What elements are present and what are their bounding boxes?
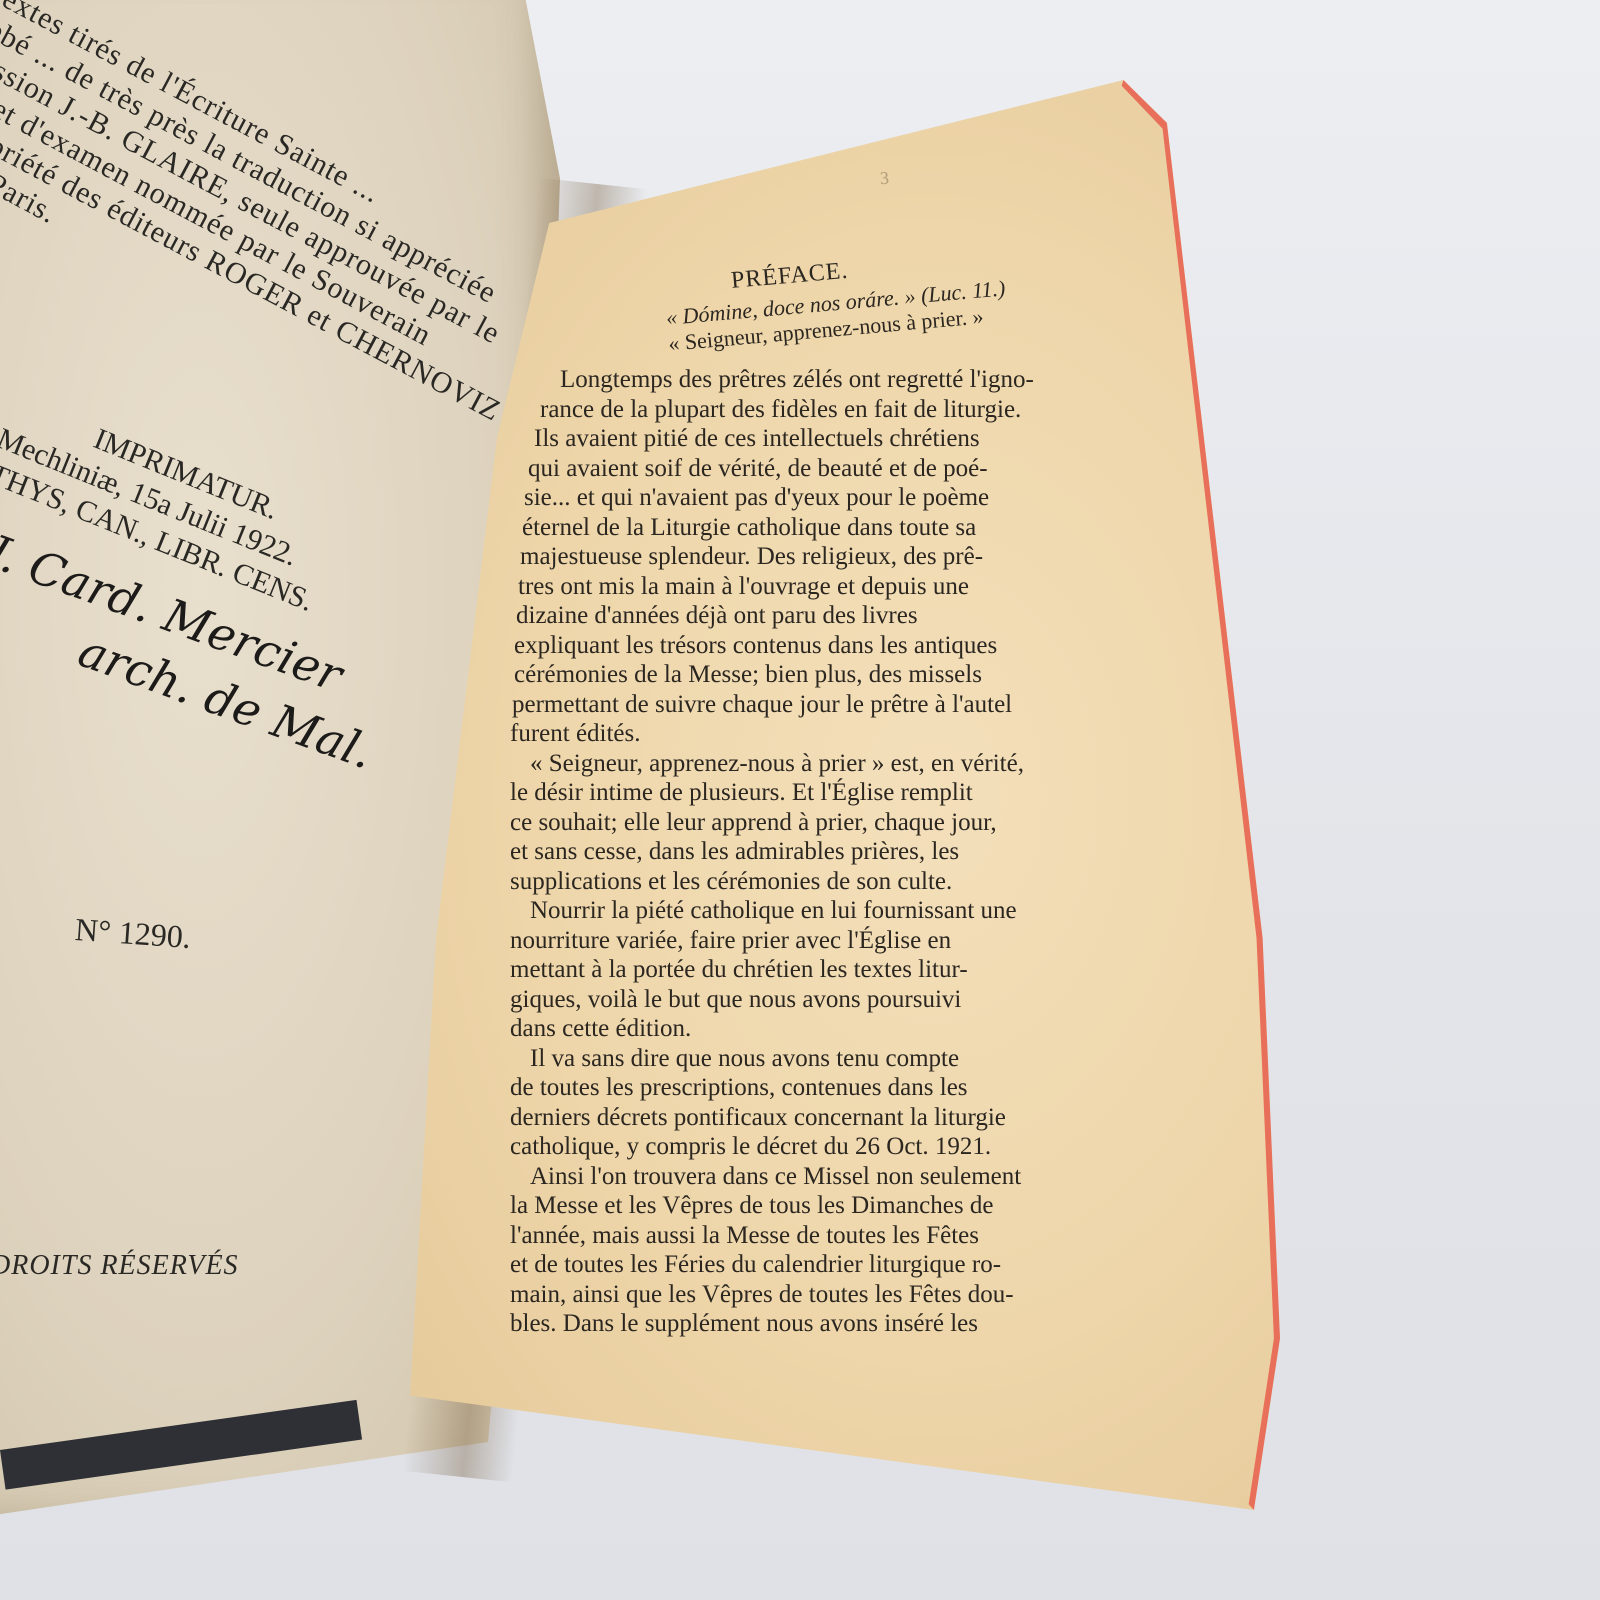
- body-line: Longtemps des prêtres zélés ont regretté…: [510, 365, 1120, 395]
- body-line: et sans cesse, dans les admirables prièr…: [510, 837, 1120, 867]
- body-line: catholique, y compris le décret du 26 Oc…: [510, 1132, 1120, 1162]
- body-line: le désir intime de plusieurs. Et l'Églis…: [510, 778, 1120, 808]
- body-line: Il va sans dire que nous avons tenu comp…: [510, 1044, 1120, 1074]
- body-line: Ainsi l'on trouvera dans ce Missel non s…: [510, 1162, 1120, 1192]
- body-line: mettant à la portée du chrétien les text…: [510, 955, 1120, 985]
- body-line: la Messe et les Vêpres de tous les Diman…: [510, 1191, 1120, 1221]
- body-line: sie... et qui n'avaient pas d'yeux pour …: [510, 483, 1120, 513]
- body-line: « Seigneur, apprenez-nous à prier » est,…: [510, 749, 1120, 779]
- body-line: cérémonies de la Messe; bien plus, des m…: [510, 660, 1120, 690]
- body-line: furent édités.: [510, 719, 1120, 749]
- body-line: l'année, mais aussi la Messe de toutes l…: [510, 1221, 1120, 1251]
- body-line: dizaine d'années déjà ont paru des livre…: [510, 601, 1120, 631]
- rights-reserved: DROITS RÉSERVÉS: [0, 1250, 239, 1282]
- body-line: ce souhait; elle leur apprend à prier, c…: [510, 808, 1120, 838]
- body-line: majestueuse splendeur. Des religieux, de…: [510, 542, 1120, 572]
- body-line: et de toutes les Féries du calendrier li…: [510, 1250, 1120, 1280]
- body-line: rance de la plupart des fidèles en fait …: [510, 395, 1120, 425]
- book-photo-scene: ...extes tirés de l'Écriture Sainte ... …: [0, 0, 1600, 1600]
- body-line: expliquant les trésors contenus dans les…: [510, 631, 1120, 661]
- body-line: qui avaient soif de vérité, de beauté et…: [510, 454, 1120, 484]
- body-line: giques, voilà le but que nous avons pour…: [510, 985, 1120, 1015]
- body-line: tres ont mis la main à l'ouvrage et depu…: [510, 572, 1120, 602]
- body-line: derniers décrets pontificaux concernant …: [510, 1103, 1120, 1133]
- body-line: Ils avaient pitié de ces intellectuels c…: [510, 424, 1120, 454]
- body-line: main, ainsi que les Vêpres de toutes les…: [510, 1280, 1120, 1310]
- body-line: nourriture variée, faire prier avec l'Ég…: [510, 926, 1120, 956]
- body-line: éternel de la Liturgie catholique dans t…: [510, 513, 1120, 543]
- body-line: bles. Dans le supplément nous avons insé…: [510, 1309, 1120, 1339]
- body-line: Nourrir la piété catholique en lui fourn…: [510, 896, 1120, 926]
- body-line: dans cette édition.: [510, 1014, 1120, 1044]
- body-line: de toutes les prescriptions, contenues d…: [510, 1073, 1120, 1103]
- page-number: 3: [879, 168, 889, 190]
- body-line: permettant de suivre chaque jour le prêt…: [510, 690, 1120, 720]
- preface-body: Longtemps des prêtres zélés ont regretté…: [510, 365, 1120, 1339]
- body-line: supplications et les cérémonies de son c…: [510, 867, 1120, 897]
